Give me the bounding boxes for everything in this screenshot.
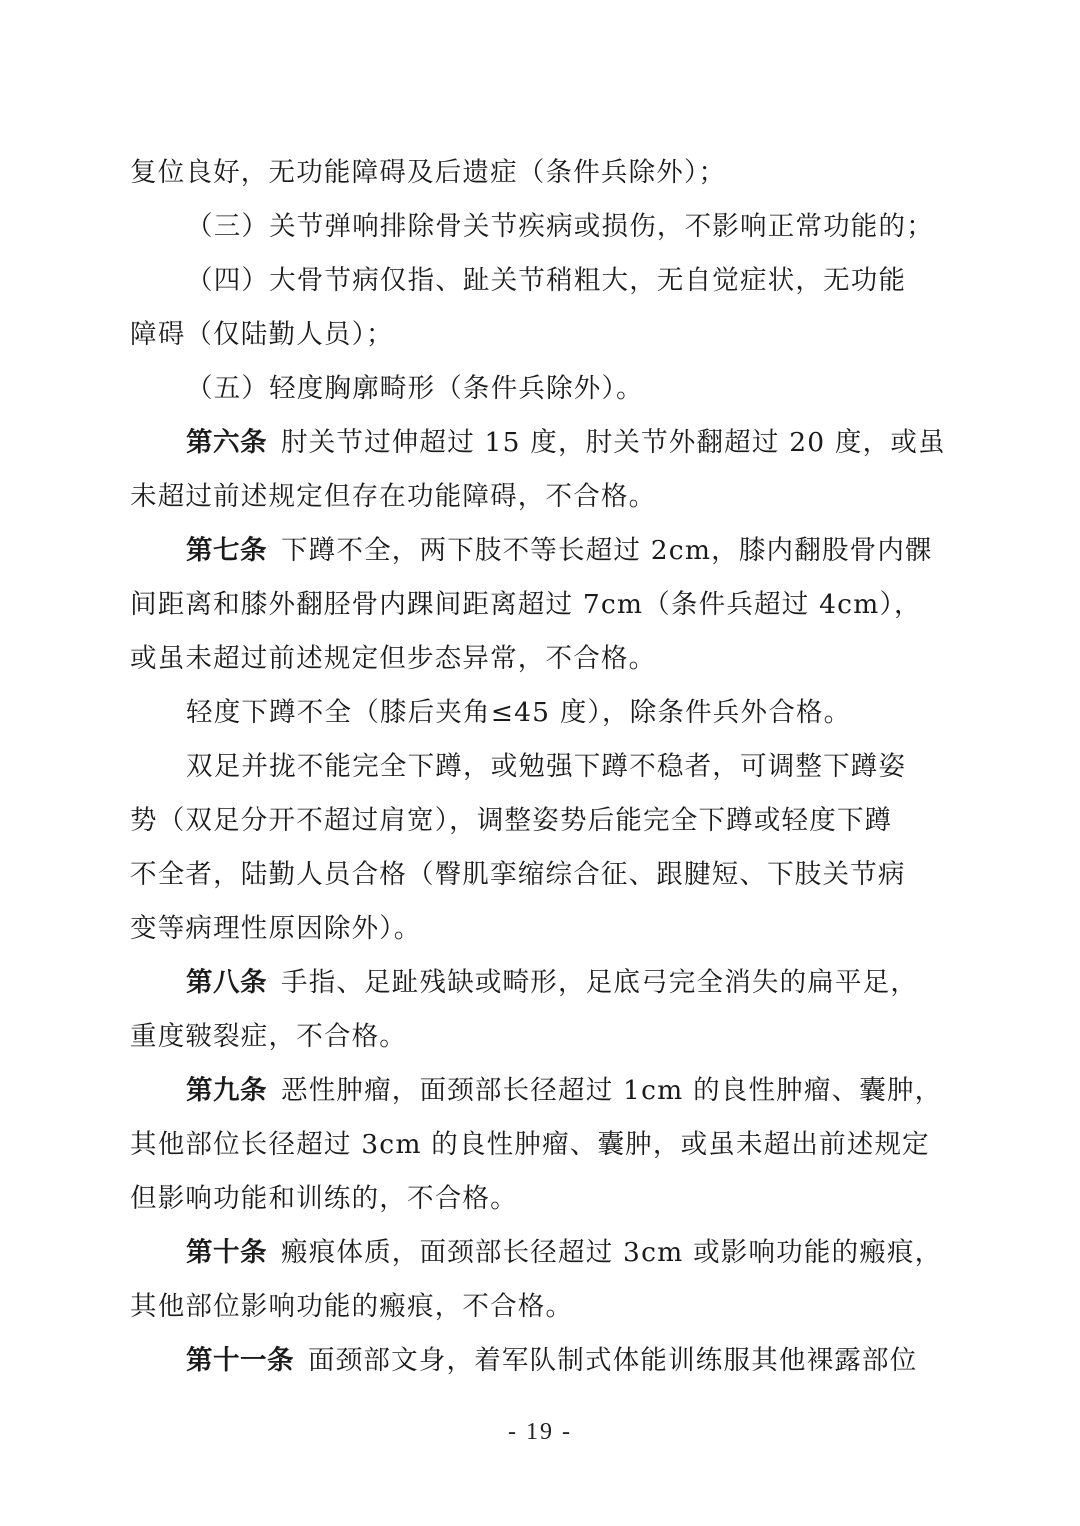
- line-text: 恶性肿瘤，面颈部长径超过 1cm 的良性肿瘤、囊肿，: [281, 1075, 942, 1106]
- list-item-3: （三）关节弹响排除骨关节疾病或损伤，不影响正常功能的；: [186, 207, 952, 247]
- text-line: 重度皲裂症，不合格。: [130, 1017, 952, 1057]
- text-line: 变等病理性原因除外）。: [130, 909, 952, 949]
- line-text: 势（双足分开不超过肩宽），调整姿势后能完全下蹲或轻度下蹲: [130, 805, 892, 836]
- line-text: 其他部位长径超过 3cm 的良性肿瘤、囊肿，或虽未超出前述规定: [130, 1129, 930, 1160]
- line-text: （五）轻度胸廓畸形（条件兵除外）。: [186, 373, 644, 404]
- line-text: 手指、足趾残缺或畸形，足底弓完全消失的扁平足，: [281, 967, 918, 998]
- article-heading: 第十一条: [186, 1345, 294, 1376]
- line-text: 面颈部文身，着军队制式体能训练服其他裸露部位: [308, 1345, 917, 1376]
- line-text: （四）大骨节病仅指、趾关节稍粗大，无自觉症状，无功能: [186, 265, 906, 296]
- article-heading: 第九条: [186, 1075, 267, 1106]
- line-text: 障碍（仅陆勤人员）；: [130, 319, 394, 350]
- article-heading: 第八条: [186, 967, 267, 998]
- text-line: 不全者，陆勤人员合格（臀肌挛缩综合征、跟腱短、下肢关节病: [130, 855, 952, 895]
- list-item-4: （四）大骨节病仅指、趾关节稍粗大，无自觉症状，无功能: [186, 261, 952, 301]
- text-line: 未超过前述规定但存在功能障碍，不合格。: [130, 477, 952, 517]
- article-heading: 第六条: [186, 427, 267, 458]
- article-10: 第十条瘢痕体质，面颈部长径超过 3cm 或影响功能的瘢痕，: [186, 1233, 952, 1273]
- page-number: - 19 -: [0, 1414, 1080, 1450]
- text-line: 障碍（仅陆勤人员）；: [130, 315, 952, 355]
- article-7: 第七条下蹲不全，两下肢不等长超过 2cm，膝内翻股骨内髁: [186, 531, 952, 571]
- line-text: （三）关节弹响排除骨关节疾病或损伤，不影响正常功能的；: [186, 211, 934, 242]
- line-text: 变等病理性原因除外）。: [130, 913, 421, 944]
- article-6: 第六条肘关节过伸超过 15 度，肘关节外翻超过 20 度，或虽: [186, 423, 952, 463]
- text-line: 但影响功能和训练的，不合格。: [130, 1179, 952, 1219]
- line-text: 不全者，陆勤人员合格（臀肌挛缩综合征、跟腱短、下肢关节病: [130, 859, 906, 890]
- paragraph: 双足并拢不能完全下蹲，或勉强下蹲不稳者，可调整下蹲姿: [186, 747, 952, 787]
- line-text: 其他部位影响功能的瘢痕，不合格。: [130, 1291, 573, 1322]
- line-text: 下蹲不全，两下肢不等长超过 2cm，膝内翻股骨内髁: [281, 535, 933, 566]
- text-line: 其他部位影响功能的瘢痕，不合格。: [130, 1287, 952, 1327]
- article-11: 第十一条面颈部文身，着军队制式体能训练服其他裸露部位: [186, 1341, 952, 1381]
- paragraph: 轻度下蹲不全（膝后夹角≤45 度），除条件兵外合格。: [186, 693, 952, 733]
- text-line: 或虽未超过前述规定但步态异常，不合格。: [130, 639, 952, 679]
- text-line: 复位良好，无功能障碍及后遗症（条件兵除外）；: [130, 153, 952, 193]
- line-text: 瘢痕体质，面颈部长径超过 3cm 或影响功能的瘢痕，: [281, 1237, 942, 1268]
- line-text: 未超过前述规定但存在功能障碍，不合格。: [130, 481, 656, 512]
- line-text: 或虽未超过前述规定但步态异常，不合格。: [130, 643, 656, 674]
- line-text: 复位良好，无功能障碍及后遗症（条件兵除外）；: [130, 157, 726, 188]
- article-9: 第九条恶性肿瘤，面颈部长径超过 1cm 的良性肿瘤、囊肿，: [186, 1071, 952, 1111]
- line-text: 但影响功能和训练的，不合格。: [130, 1183, 518, 1214]
- article-heading: 第十条: [186, 1237, 267, 1268]
- text-line: 其他部位长径超过 3cm 的良性肿瘤、囊肿，或虽未超出前述规定: [130, 1125, 952, 1165]
- article-heading: 第七条: [186, 535, 267, 566]
- document-page: 复位良好，无功能障碍及后遗症（条件兵除外）； （三）关节弹响排除骨关节疾病或损伤…: [0, 0, 1080, 1526]
- article-8: 第八条手指、足趾残缺或畸形，足底弓完全消失的扁平足，: [186, 963, 952, 1003]
- line-text: 间距离和膝外翻胫骨内踝间距离超过 7cm（条件兵超过 4cm），: [130, 589, 922, 620]
- line-text: 双足并拢不能完全下蹲，或勉强下蹲不稳者，可调整下蹲姿: [186, 751, 906, 782]
- text-line: 势（双足分开不超过肩宽），调整姿势后能完全下蹲或轻度下蹲: [130, 801, 952, 841]
- list-item-5: （五）轻度胸廓畸形（条件兵除外）。: [186, 369, 952, 409]
- line-text: 轻度下蹲不全（膝后夹角≤45 度），除条件兵外合格。: [186, 697, 851, 728]
- line-text: 肘关节过伸超过 15 度，肘关节外翻超过 20 度，或虽: [281, 427, 946, 458]
- text-line: 间距离和膝外翻胫骨内踝间距离超过 7cm（条件兵超过 4cm），: [130, 585, 952, 625]
- line-text: 重度皲裂症，不合格。: [130, 1021, 407, 1052]
